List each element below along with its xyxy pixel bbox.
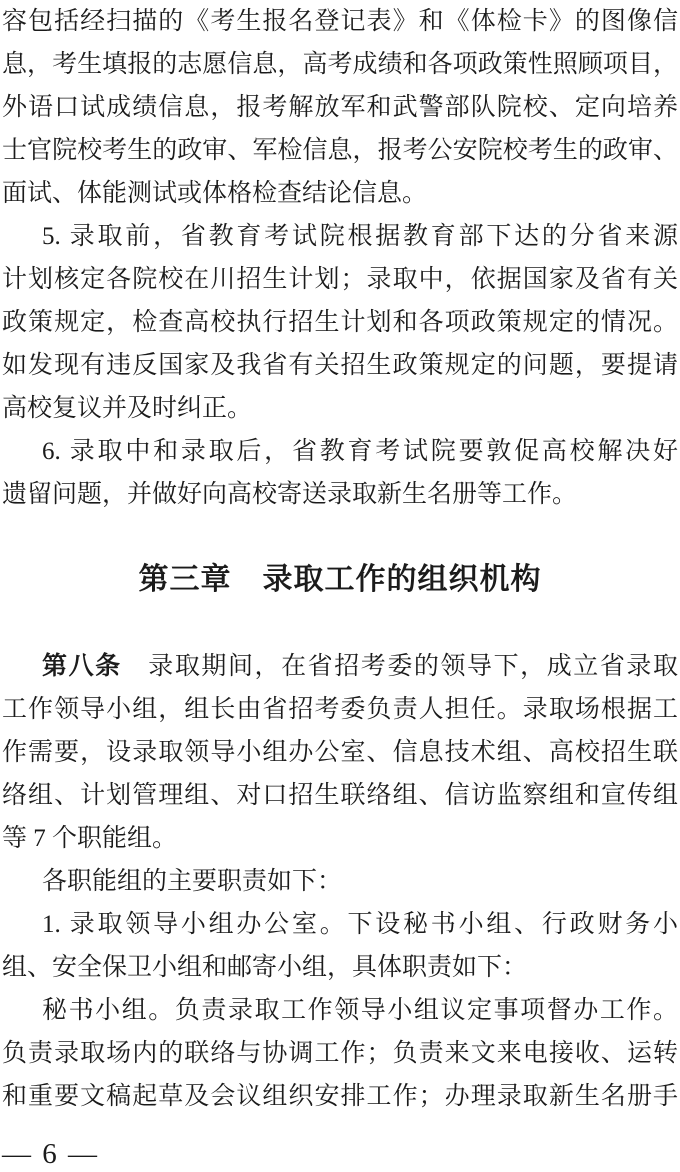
text-line: 络组、计划管理组、对口招生联络组、信访监察组和宣传组 [0,774,680,817]
paragraph-continuation: 容包括经扫描的《考生报名登记表》和《体检卡》的图像信 息，考生填报的志愿信息，高… [0,0,680,215]
text-line: 面试、体能测试或体格检查结论信息。 [0,172,680,215]
text-line: 负责录取场内的联络与协调工作；负责来文来电接收、运转 [0,1032,680,1075]
text-line: 容包括经扫描的《考生报名登记表》和《体检卡》的图像信 [0,0,680,43]
paragraph-item-5: 5. 录取前，省教育考试院根据教育部下达的分省来源 计划核定各院校在川招生计划；… [0,215,680,430]
chapter-body: 第八条 录取期间，在省招考委的领导下，成立省录取 工作领导小组，组长由省招考委负… [0,645,680,1118]
document-page: 容包括经扫描的《考生报名登记表》和《体检卡》的图像信 息，考生填报的志愿信息，高… [0,0,680,1172]
paragraph-secretary-group: 秘书小组。负责录取工作领导小组议定事项督办工作。 负责录取场内的联络与协调工作；… [0,989,680,1118]
chapter-heading: 第三章 录取工作的组织机构 [0,558,680,602]
duties-intro-line: 各职能组的主要职责如下： [0,860,680,903]
article-number: 第八条 [42,652,122,680]
text-line: 政策规定，检查高校执行招生计划和各项政策规定的情况。 [0,301,680,344]
text-line: 等 7 个职能组。 [0,817,680,860]
paragraph-item-6: 6. 录取中和录取后，省教育考试院要敦促高校解决好 遗留问题，并做好向高校寄送录… [0,430,680,516]
paragraph-item-1: 1. 录取领导小组办公室。下设秘书小组、行政财务小 组、安全保卫小组和邮寄小组，… [0,903,680,989]
text-line: 遗留问题，并做好向高校寄送录取新生名册等工作。 [0,473,680,516]
text-line: 工作领导小组，组长由省招考委负责人担任。录取场根据工 [0,688,680,731]
text-line: 作需要，设录取领导小组办公室、信息技术组、高校招生联 [0,731,680,774]
text-line: 息，考生填报的志愿信息，高考成绩和各项政策性照顾项目， [0,43,680,86]
text-line: 组、安全保卫小组和邮寄小组，具体职责如下： [0,946,680,989]
text-line: 和重要文稿起草及会议组织安排工作；办理录取新生名册手 [0,1075,680,1118]
page-number: — 6 — [2,1138,99,1170]
article-text: 录取期间，在省招考委的领导下，成立省录取 [122,653,678,680]
paragraph-article-8: 第八条 录取期间，在省招考委的领导下，成立省录取 工作领导小组，组长由省招考委负… [0,645,680,860]
text-line: 计划核定各院校在川招生计划；录取中，依据国家及省有关 [0,258,680,301]
text-line: 高校复议并及时纠正。 [0,387,680,430]
text-line: 士官院校考生的政审、军检信息，报考公安院校考生的政审、 [0,129,680,172]
text-line: 5. 录取前，省教育考试院根据教育部下达的分省来源 [0,215,680,258]
text-line: 6. 录取中和录取后，省教育考试院要敦促高校解决好 [0,430,680,473]
text-line: 1. 录取领导小组办公室。下设秘书小组、行政财务小 [0,903,680,946]
text-line: 第八条 录取期间，在省招考委的领导下，成立省录取 [0,645,680,688]
text-line: 秘书小组。负责录取工作领导小组议定事项督办工作。 [0,989,680,1032]
text-line: 外语口试成绩信息，报考解放军和武警部队院校、定向培养 [0,86,680,129]
text-line: 如发现有违反国家及我省有关招生政策规定的问题，要提请 [0,344,680,387]
